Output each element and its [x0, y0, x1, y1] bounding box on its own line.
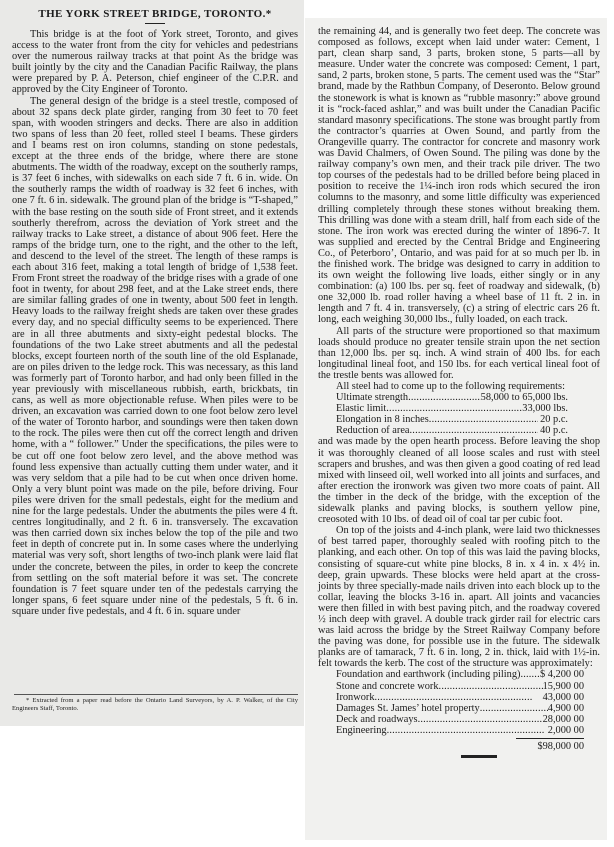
- paragraph-design: The general design of the bridge is a st…: [12, 96, 298, 617]
- cost-value: 15,900 00: [543, 681, 584, 692]
- leader-dots: [429, 414, 538, 425]
- steel-intro: All steel had to come up to the followin…: [318, 381, 600, 392]
- steel-value: 40 p.c.: [538, 425, 568, 436]
- steel-label: Ultimate strength: [336, 392, 408, 403]
- cost-row: Engineering2,000 00: [336, 725, 584, 736]
- paragraph-intro: This bridge is at the foot of York stree…: [12, 29, 298, 96]
- leader-dots: [439, 681, 543, 692]
- paragraph-proportions: All parts of the structure were proporti…: [318, 326, 600, 381]
- cost-row: Stone and concrete work15,900 00: [336, 681, 584, 692]
- total-rule: [516, 738, 584, 739]
- steel-row: Elongation in 8 inches20 p.c.: [336, 414, 568, 425]
- footnote-rule: [14, 694, 298, 695]
- article-title: THE YORK STREET BRIDGE, TORONTO.*: [12, 8, 298, 21]
- paragraph-paving: On top of the joists and 4-inch plank, w…: [318, 525, 600, 669]
- leader-dots: [480, 703, 548, 714]
- steel-label: Elongation in 8 inches: [336, 414, 429, 425]
- footnote: * Extracted from a paper read before the…: [12, 697, 298, 712]
- left-column: THE YORK STREET BRIDGE, TORONTO.* This b…: [12, 8, 298, 617]
- cost-total: $98,000 00: [336, 741, 584, 752]
- steel-row: Reduction of area40 p.c.: [336, 425, 568, 436]
- steel-value: 58,000 to 65,000 lbs.: [481, 392, 568, 403]
- steel-label: Elastic limit: [336, 403, 386, 414]
- title-rule: [145, 23, 165, 24]
- cost-label: Deck and roadways: [336, 714, 418, 725]
- leader-dots: [387, 725, 548, 736]
- leader-dots: [410, 425, 538, 436]
- steel-value: 33,000 lbs.: [522, 403, 568, 414]
- cost-value: 28,000 00: [543, 714, 584, 725]
- steel-value: 20 p.c.: [538, 414, 568, 425]
- cost-value: 2,000 00: [548, 725, 584, 736]
- steel-requirements-table: Ultimate strength58,000 to 65,000 lbs. E…: [336, 392, 568, 436]
- cost-row: Foundation and earthwork (including pili…: [336, 669, 584, 680]
- cost-value: $ 4,200 00: [540, 669, 584, 680]
- steel-row: Elastic limit33,000 lbs.: [336, 403, 568, 414]
- cost-label: Ironwork: [336, 692, 375, 703]
- cost-value: 43,000 00: [543, 692, 584, 703]
- steel-row: Ultimate strength58,000 to 65,000 lbs.: [336, 392, 568, 403]
- cost-row: Deck and roadways28,000 00: [336, 714, 584, 725]
- right-column: the remaining 44, and is generally two f…: [318, 26, 600, 758]
- cost-label: Damages St. James’ hotel property: [336, 703, 480, 714]
- paragraph-concrete: the remaining 44, and is generally two f…: [318, 26, 600, 326]
- end-of-article-bar: [461, 755, 497, 758]
- cost-value: 4,900 00: [548, 703, 584, 714]
- leader-dots: [418, 714, 543, 725]
- paragraph-finishing: and was made by the open hearth process.…: [318, 436, 600, 525]
- leader-dots: [408, 392, 481, 403]
- leader-dots: [375, 692, 543, 703]
- steel-label: Reduction of area: [336, 425, 410, 436]
- cost-row: Ironwork43,000 00: [336, 692, 584, 703]
- cost-label: Engineering: [336, 725, 387, 736]
- cost-label: Foundation and earthwork (including pili…: [336, 669, 520, 680]
- cost-row: Damages St. James’ hotel property4,900 0…: [336, 703, 584, 714]
- leader-dots: [520, 669, 540, 680]
- leader-dots: [386, 403, 522, 414]
- cost-table: Foundation and earthwork (including pili…: [336, 669, 584, 758]
- cost-label: Stone and concrete work: [336, 681, 439, 692]
